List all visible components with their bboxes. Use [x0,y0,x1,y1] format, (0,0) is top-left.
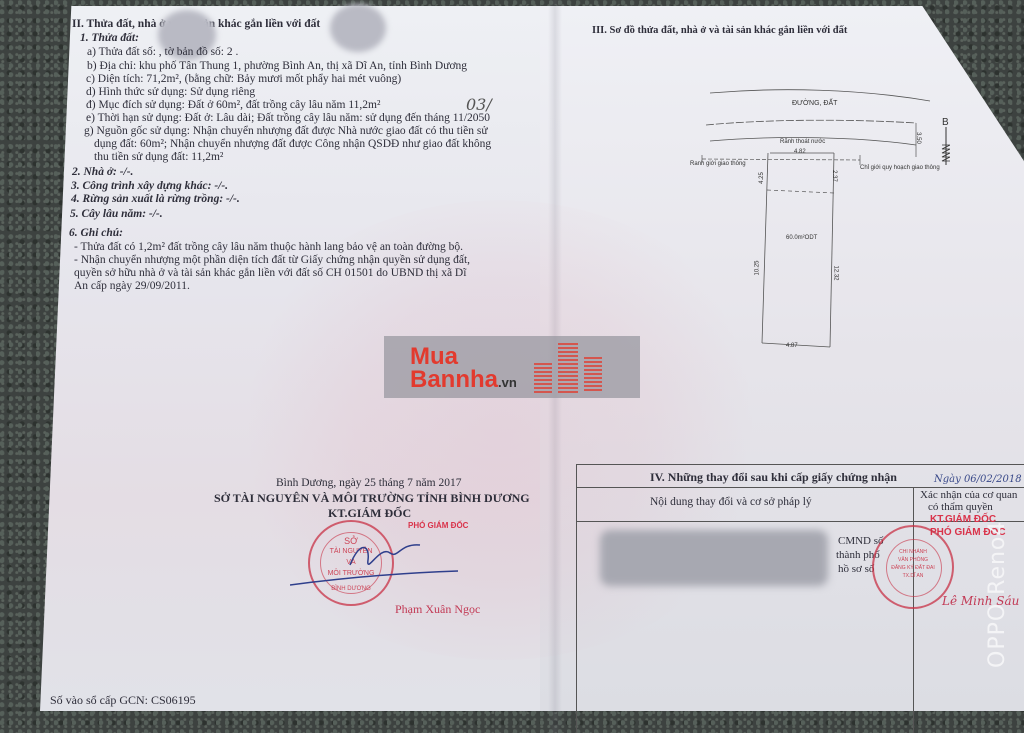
row-fragment-3: hồ sơ số [838,563,874,576]
section-6-title: 6. Ghi chú: [69,227,123,240]
north-arrow-label: B [942,117,949,128]
handwritten-date: Ngày 06/02/2018 [934,474,1022,485]
item-g-line1: g) Nguồn gốc sử dụng: Nhận chuyển nhượng… [84,125,488,138]
item-e: e) Thời hạn sử dụng: Đất ở: Lâu dài; Đất… [86,112,490,125]
item-b: b) Địa chỉ: khu phố Tân Thung 1, phường … [87,60,467,73]
item-g-line3: thu tiền sử dụng đất: 11,2m² [94,151,223,164]
note-4: An cấp ngày 29/09/2011. [74,280,190,293]
privacy-blur [330,4,386,52]
item-d1: d) Hình thức sử dụng: Sử dụng riêng [86,86,255,99]
section-iii-title: III. Sơ đồ thửa đất, nhà ở và tài sản kh… [592,24,847,37]
signer-role: KT.GIÁM ĐỐC [328,507,411,520]
column-header-content: Nội dung thay đổi và cơ sở pháp lý [650,496,812,509]
land-plot-diagram: B ĐƯỜNG, ĐẤT Rãnh thoát nước Ranh giới g… [690,85,950,365]
redacted-content [600,530,828,586]
item-g-line2: dụng đất: 60m²; Nhận chuyển nhượng đất đ… [94,138,491,151]
section-1-title: 1. Thửa đất: [80,32,139,45]
section-5: 5. Cây lâu năm: -/-. [70,208,163,221]
section-iv-title: IV. Những thay đổi sau khi cấp giấy chứn… [650,471,897,484]
section-3: 3. Công trình xây dựng khác: -/-. [71,180,228,193]
note-2: - Nhận chuyển nhượng một phần diện tích … [74,254,470,267]
building-icon [532,342,622,396]
signature-scribble [290,535,460,590]
issuing-authority: SỞ TÀI NGUYÊN VÀ MÔI TRƯỜNG TỈNH BÌNH DƯ… [214,492,530,505]
section-4: 4. Rừng sản xuất là rừng trồng: -/-. [71,193,240,206]
camera-watermark: OPPO Reno4 [985,521,1010,668]
item-a: a) Thửa đất số: , tờ bản đồ số: 2 . [87,46,238,59]
note-1: - Thửa đất có 1,2m² đất trồng cây lâu nă… [74,241,463,254]
registry-number: Số vào sổ cấp GCN: CS06195 [50,694,196,707]
signer-name: Phạm Xuân Ngọc [395,602,480,617]
item-d2: đ) Mục đích sử dụng: Đất ở 60m², đất trồ… [86,99,380,112]
deputy-title: PHÓ GIÁM ĐỐC [408,521,468,530]
place-date: Bình Dương, ngày 25 tháng 7 năm 2017 [276,477,461,490]
item-c: c) Diện tích: 71,2m², (bằng chữ: Bảy mươ… [86,73,401,86]
muabannha-logo: Mua Bannha.vn [384,336,640,398]
note-3: quyền sở hữu nhà ở và tài sản khác gắn l… [74,267,466,280]
section-2: 2. Nhà ở: -/-. [72,166,133,179]
column-header-confirm-2: có thẩm quyền [928,501,993,514]
